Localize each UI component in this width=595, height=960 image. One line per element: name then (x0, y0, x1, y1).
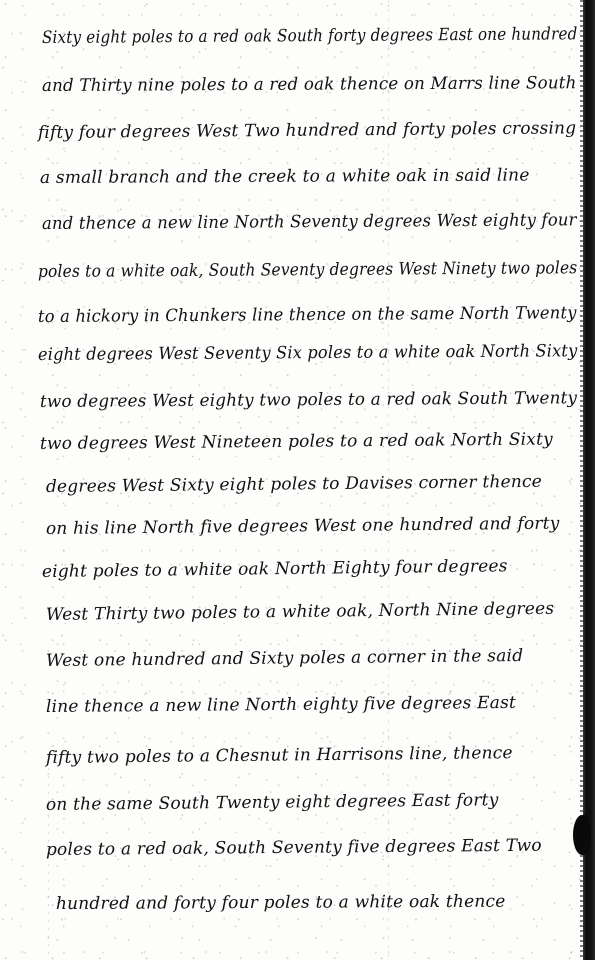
ink-blot (573, 815, 591, 855)
text-line: fifty two poles to a Chesnut in Harrison… (46, 743, 513, 768)
text-line: a small branch and the creek to a white … (40, 165, 530, 188)
text-line: line thence a new line North eighty five… (46, 693, 516, 717)
text-line: eight degrees West Seventy Six poles to … (38, 341, 578, 365)
text-line: to a hickory in Chunkers line thence on … (38, 303, 577, 327)
text-line: on the same South Twenty eight degrees E… (46, 790, 499, 815)
text-line: on his line North five degrees West one … (46, 514, 560, 539)
text-line: West one hundred and Sixty poles a corne… (46, 646, 524, 671)
text-line: West Thirty two poles to a white oak, No… (46, 599, 555, 625)
handwritten-text: Sixty eight poles to a red oak South for… (0, 0, 583, 960)
text-line: eight poles to a white oak North Eighty … (42, 556, 508, 582)
text-line: two degrees West eighty two poles to a r… (40, 388, 577, 412)
text-line: degrees West Sixty eight poles to Davise… (46, 472, 542, 497)
text-line: fifty four degrees West Two hundred and … (38, 118, 577, 143)
text-line: and Thirty nine poles to a red oak thenc… (42, 73, 577, 96)
text-line: poles to a red oak, South Seventy five d… (46, 836, 542, 860)
text-line: hundred and forty four poles to a white … (56, 892, 506, 914)
text-line: and thence a new line North Seventy degr… (42, 210, 577, 234)
document-page: Sixty eight poles to a red oak South for… (0, 0, 595, 960)
text-line: poles to a white oak, South Seventy degr… (38, 258, 578, 282)
text-line: two degrees West Nineteen poles to a red… (40, 430, 553, 454)
text-line: Sixty eight poles to a red oak South for… (42, 24, 578, 48)
